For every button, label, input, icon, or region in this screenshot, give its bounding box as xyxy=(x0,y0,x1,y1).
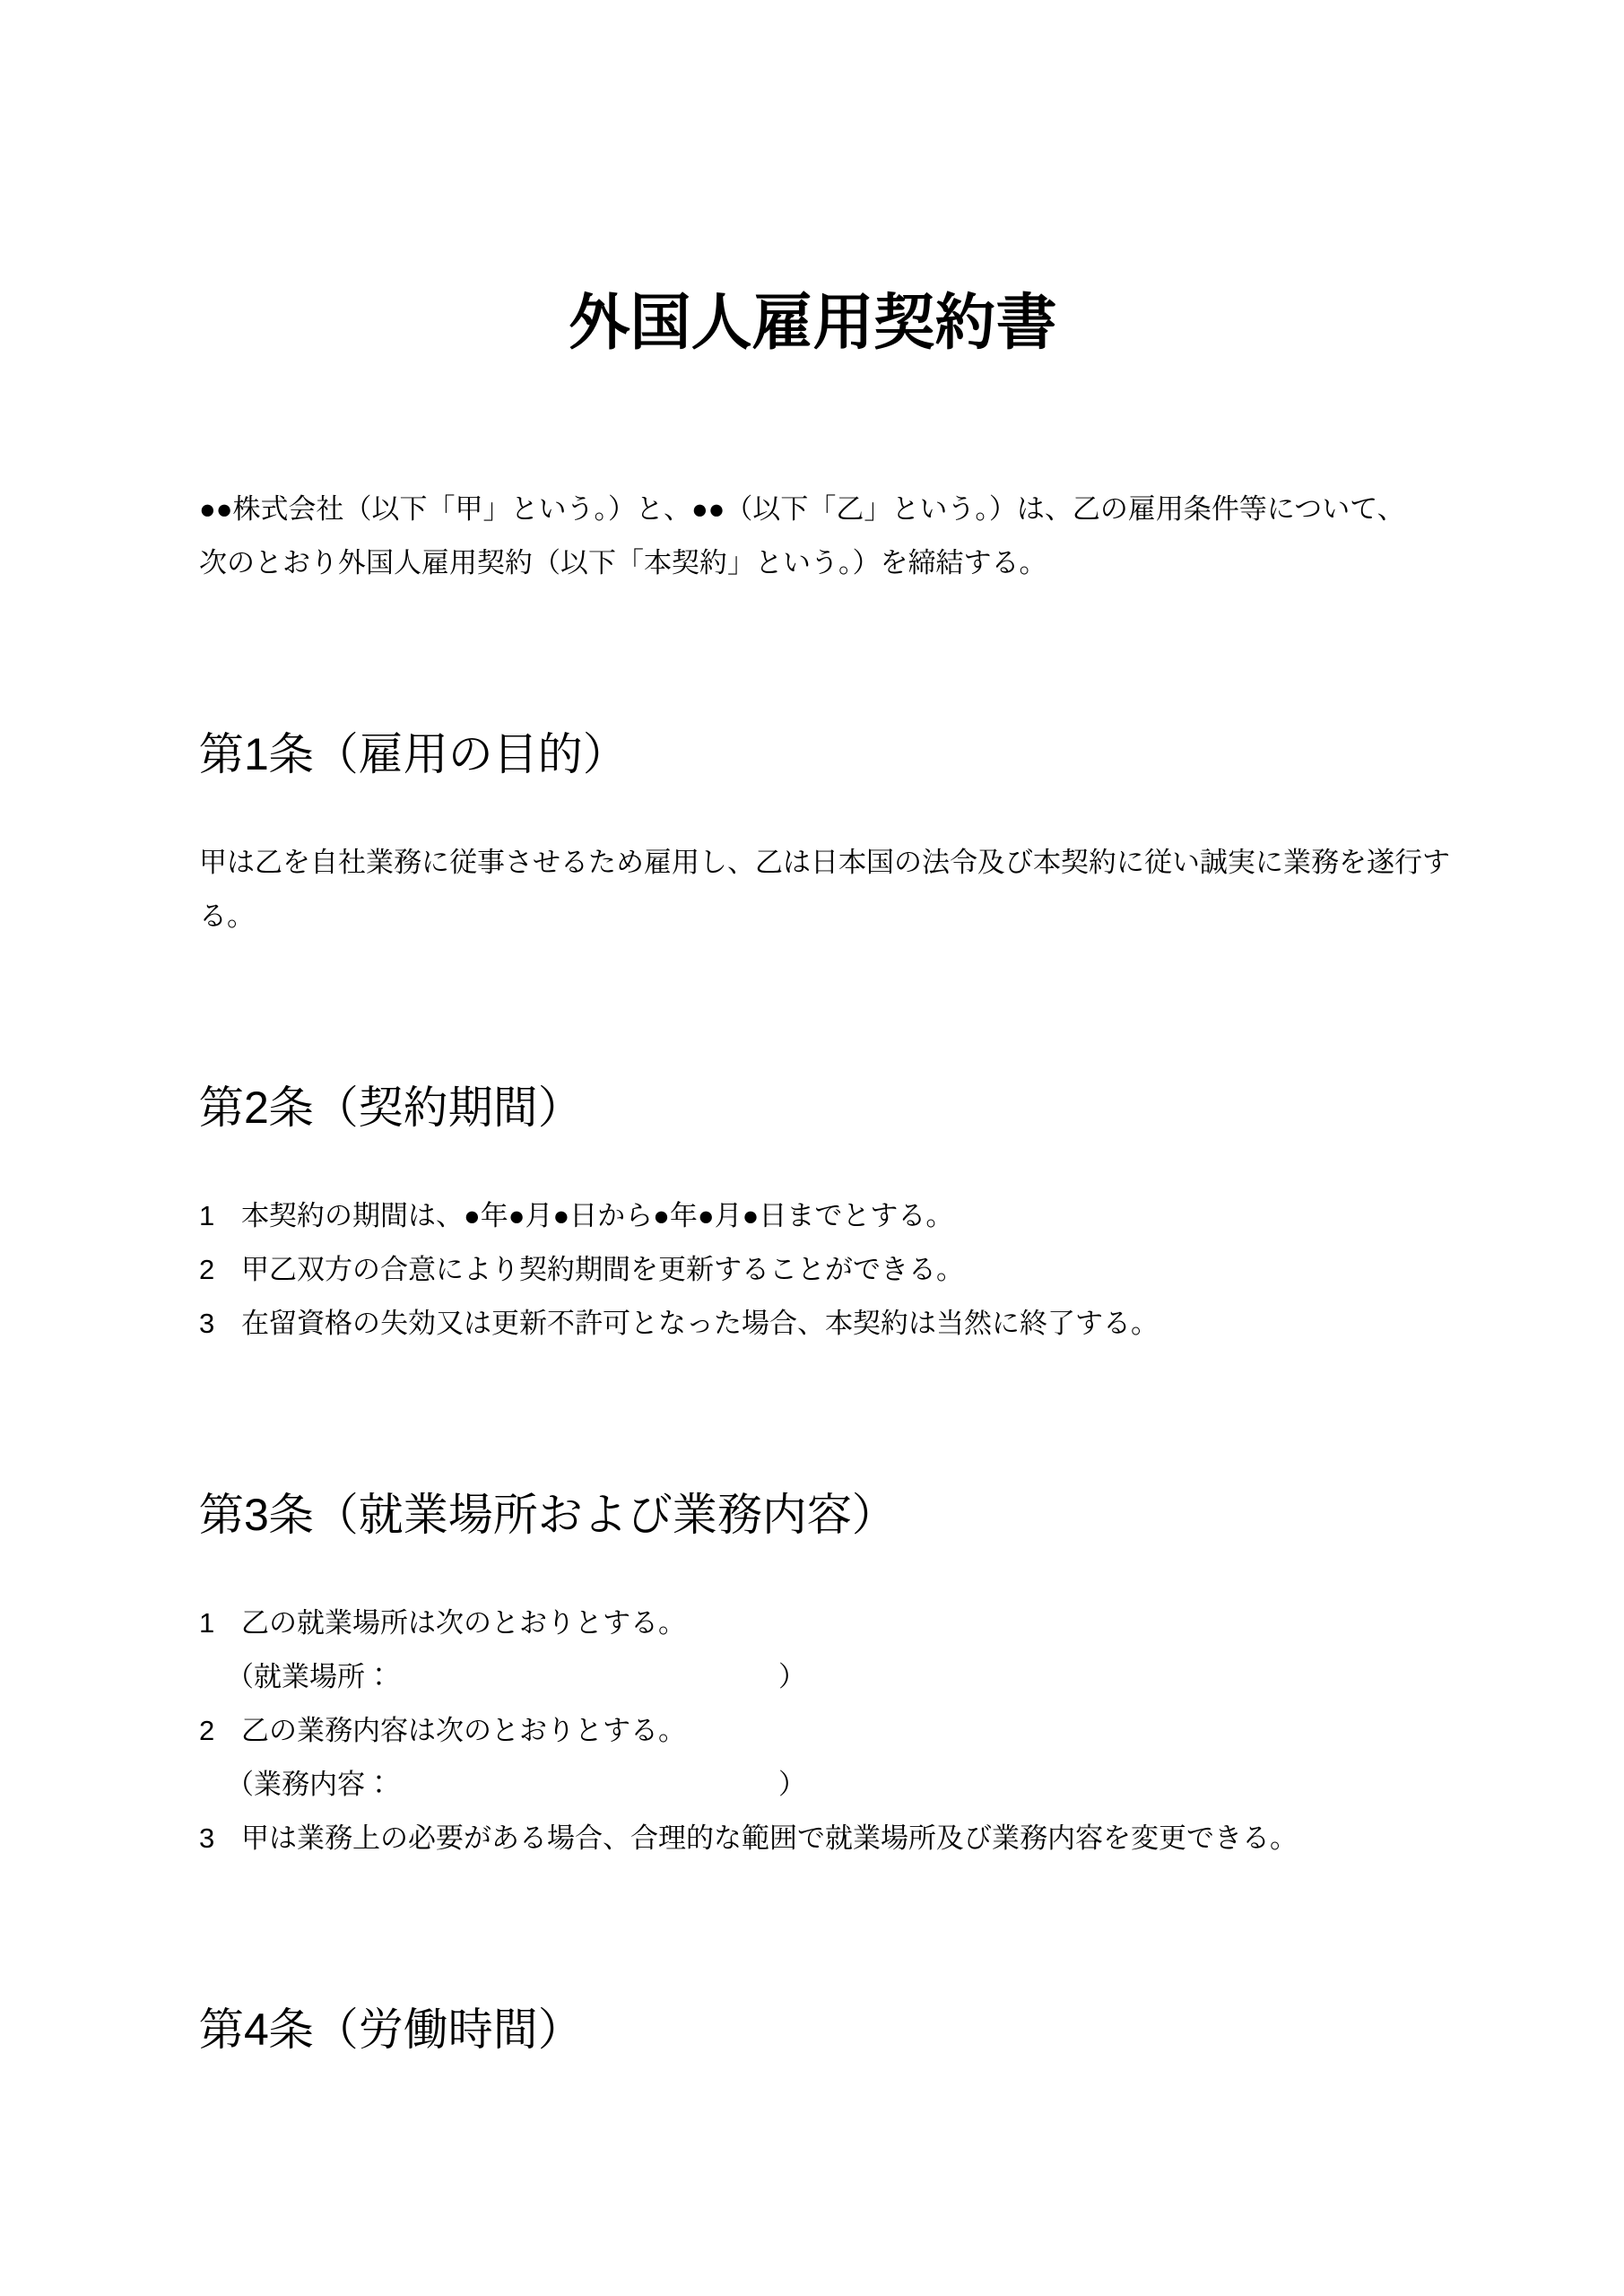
list-item: 3 甲は業務上の必要がある場合、合理的な範囲で就業場所及び業務内容を変更できる。 xyxy=(199,1812,1427,1865)
article-1: 第1条（雇用の目的） 甲は乙を自社業務に従事させるため雇用し、乙は日本国の法令及… xyxy=(199,725,1427,944)
list-item: 3 在留資格の失効又は更新不許可となった場合、本契約は当然に終了する。 xyxy=(199,1297,1427,1351)
article-4: 第4条（労働時間） xyxy=(199,2000,1427,2059)
item-text: 甲乙双方の合意により契約期間を更新することができる。 xyxy=(241,1243,964,1297)
article-3-list: 1 乙の就業場所は次のとおりとする。 （就業場所：） 2 乙の業務内容は次のとお… xyxy=(199,1596,1427,1865)
item-text: 甲は業務上の必要がある場合、合理的な範囲で就業場所及び業務内容を変更できる。 xyxy=(241,1812,1298,1865)
article-2-heading: 第2条（契約期間） xyxy=(199,1078,1427,1137)
item-number: 3 xyxy=(199,1297,241,1351)
article-1-body: 甲は乙を自社業務に従事させるため雇用し、乙は日本国の法令及び本契約に従い誠実に業… xyxy=(199,836,1427,944)
list-item: 1 乙の就業場所は次のとおりとする。 xyxy=(199,1596,1427,1650)
list-item: 2 乙の業務内容は次のとおりとする。 xyxy=(199,1704,1427,1758)
article-3: 第3条（就業場所および業務内容） 1 乙の就業場所は次のとおりとする。 （就業場… xyxy=(199,1485,1427,1865)
document-page: 外国人雇用契約書 ●●株式会社（以下「甲」という。）と、●●（以下「乙」という。… xyxy=(0,0,1624,2296)
document-title: 外国人雇用契約書 xyxy=(199,285,1427,361)
intro-line: 次のとおり外国人雇用契約（以下「本契約」という。）を締結する。 xyxy=(199,536,1427,590)
fill-in-line: （業務内容：） xyxy=(226,1758,1427,1812)
fill-in-blank xyxy=(393,1793,778,1794)
body-line: る。 xyxy=(199,890,1427,944)
item-number: 1 xyxy=(199,1596,241,1650)
article-1-heading: 第1条（雇用の目的） xyxy=(199,725,1427,784)
item-number: 2 xyxy=(199,1704,241,1758)
item-number: 3 xyxy=(199,1812,241,1865)
fill-in-label: （就業場所： xyxy=(226,1661,393,1692)
item-text: 乙の業務内容は次のとおりとする。 xyxy=(241,1704,686,1758)
fill-in-line: （就業場所：） xyxy=(226,1650,1427,1704)
fill-in-label: （業務内容： xyxy=(226,1769,393,1800)
article-2: 第2条（契約期間） 1 本契約の期間は、●年●月●日から●年●月●日までとする。… xyxy=(199,1078,1427,1351)
article-2-list: 1 本契約の期間は、●年●月●日から●年●月●日までとする。 2 甲乙双方の合意… xyxy=(199,1189,1427,1351)
item-number: 2 xyxy=(199,1243,241,1297)
item-number: 1 xyxy=(199,1189,241,1243)
article-4-heading: 第4条（労働時間） xyxy=(199,2000,1427,2059)
fill-in-close-paren: ） xyxy=(778,1769,806,1800)
list-item: 2 甲乙双方の合意により契約期間を更新することができる。 xyxy=(199,1243,1427,1297)
fill-in-close-paren: ） xyxy=(778,1661,806,1692)
body-line: 甲は乙を自社業務に従事させるため雇用し、乙は日本国の法令及び本契約に従い誠実に業… xyxy=(199,836,1427,890)
item-text: 乙の就業場所は次のとおりとする。 xyxy=(241,1596,686,1650)
item-text: 在留資格の失効又は更新不許可となった場合、本契約は当然に終了する。 xyxy=(241,1297,1159,1351)
intro-line: ●●株式会社（以下「甲」という。）と、●●（以下「乙」という。）は、乙の雇用条件… xyxy=(199,483,1427,536)
item-text: 本契約の期間は、●年●月●日から●年●月●日までとする。 xyxy=(241,1189,953,1243)
list-item: 1 本契約の期間は、●年●月●日から●年●月●日までとする。 xyxy=(199,1189,1427,1243)
article-3-heading: 第3条（就業場所および業務内容） xyxy=(199,1485,1427,1544)
intro-paragraph: ●●株式会社（以下「甲」という。）と、●●（以下「乙」という。）は、乙の雇用条件… xyxy=(199,483,1427,590)
fill-in-blank xyxy=(393,1685,778,1686)
